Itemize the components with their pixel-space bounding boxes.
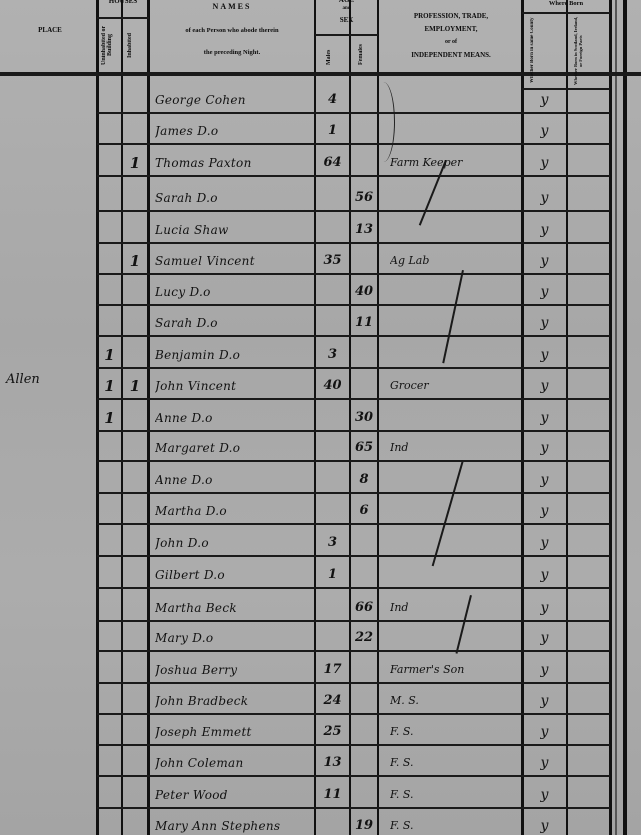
houses-uninhabited-cell	[97, 243, 122, 274]
houses-inhabited-cell	[122, 113, 148, 144]
table-row: 11John Vincent40Grocery	[0, 368, 610, 399]
table-row: 1Samuel Vincent35Ag Laby	[0, 243, 610, 274]
age-female-cell: 30	[350, 400, 378, 431]
born-scotland-cell	[567, 590, 610, 621]
born-same-county-cell: y	[522, 777, 567, 808]
houses-inhabited-cell	[122, 652, 148, 683]
born-same-county-cell: y	[522, 652, 567, 683]
table-row: Anne D.o8y	[0, 462, 610, 493]
houses-uninhabited-cell	[97, 113, 122, 144]
person-name-cell: Lucia Shaw	[155, 212, 313, 243]
age-female-cell	[350, 525, 378, 556]
age-female-cell: 22	[350, 620, 378, 651]
born-scotland-cell	[567, 368, 610, 399]
born-scotland-cell	[567, 113, 610, 144]
person-name-cell: John Vincent	[155, 368, 313, 399]
table-row: Martha Beck66Indy	[0, 590, 610, 621]
header-names-sub2: the preceding Night.	[150, 49, 314, 56]
age-male-cell: 40	[315, 368, 350, 399]
profession-cell	[390, 525, 520, 556]
header-houses-inhabited: Inhabited	[127, 24, 141, 66]
age-male-cell: 24	[315, 683, 350, 714]
table-row: James D.o1y	[0, 113, 610, 144]
born-scotland-cell	[567, 337, 610, 368]
profession-cell	[390, 337, 520, 368]
born-scotland-cell	[567, 274, 610, 305]
born-same-county-cell: y	[522, 400, 567, 431]
table-row: 1Thomas Paxton64Farm Keepery	[0, 145, 610, 176]
person-name-cell: Joshua Berry	[155, 652, 313, 683]
houses-inhabited-cell	[122, 180, 148, 211]
header-age-and: and	[315, 6, 378, 12]
houses-uninhabited-cell	[97, 557, 122, 588]
age-female-cell	[350, 745, 378, 776]
person-name-cell: Mary D.o	[155, 620, 313, 651]
houses-uninhabited-cell: 1	[97, 400, 122, 431]
born-same-county-cell: y	[522, 212, 567, 243]
houses-uninhabited-cell	[97, 212, 122, 243]
age-male-cell: 11	[315, 777, 350, 808]
age-female-cell	[350, 145, 378, 176]
born-scotland-cell	[567, 683, 610, 714]
born-scotland-cell	[567, 557, 610, 588]
age-male-cell	[315, 620, 350, 651]
person-name-cell: Anne D.o	[155, 400, 313, 431]
header-profession-2: EMPLOYMENT,	[380, 26, 522, 34]
profession-cell: F. S.	[390, 777, 520, 808]
age-female-cell	[350, 714, 378, 745]
houses-inhabited-cell	[122, 525, 148, 556]
born-same-county-cell: y	[522, 620, 567, 651]
profession-cell: Ind	[390, 590, 520, 621]
person-name-cell: Benjamin D.o	[155, 337, 313, 368]
houses-uninhabited-cell	[97, 462, 122, 493]
born-same-county-cell: y	[522, 525, 567, 556]
born-scotland-cell	[567, 808, 610, 835]
houses-uninhabited-cell	[97, 683, 122, 714]
table-row: Peter Wood11F. S.y	[0, 777, 610, 808]
profession-cell	[390, 113, 520, 144]
age-male-cell: 1	[315, 557, 350, 588]
table-row: Sarah D.o11y	[0, 305, 610, 336]
person-name-cell: James D.o	[155, 113, 313, 144]
born-same-county-cell: y	[522, 714, 567, 745]
houses-uninhabited-cell: 1	[97, 337, 122, 368]
table-row: Mary Ann Stephens19F. S.y	[0, 808, 610, 835]
houses-uninhabited-cell	[97, 493, 122, 524]
age-female-cell	[350, 777, 378, 808]
table-row: Mary D.o22y	[0, 620, 610, 651]
houses-inhabited-cell	[122, 714, 148, 745]
person-name-cell: Peter Wood	[155, 777, 313, 808]
houses-inhabited-cell	[122, 620, 148, 651]
born-same-county-cell: y	[522, 113, 567, 144]
rule-margin-2	[623, 0, 627, 835]
age-male-cell: 3	[315, 525, 350, 556]
profession-cell	[390, 400, 520, 431]
houses-uninhabited-cell: 1	[97, 368, 122, 399]
header-sex: SEX	[315, 17, 378, 25]
age-male-cell: 17	[315, 652, 350, 683]
age-female-cell	[350, 368, 378, 399]
born-same-county-cell: y	[522, 493, 567, 524]
born-sub-rule	[522, 12, 610, 14]
profession-cell	[390, 180, 520, 211]
age-female-cell	[350, 337, 378, 368]
houses-uninhabited-cell	[97, 430, 122, 461]
born-same-county-cell: y	[522, 368, 567, 399]
born-scotland-cell	[567, 525, 610, 556]
profession-cell: Ind	[390, 430, 520, 461]
person-name-cell: Lucy D.o	[155, 274, 313, 305]
born-scotland-cell	[567, 777, 610, 808]
born-same-county-cell: y	[522, 180, 567, 211]
age-male-cell: 3	[315, 337, 350, 368]
houses-uninhabited-cell	[97, 777, 122, 808]
age-male-cell	[315, 212, 350, 243]
table-row: Margaret D.o65Indy	[0, 430, 610, 461]
houses-uninhabited-cell	[97, 274, 122, 305]
houses-inhabited-cell	[122, 274, 148, 305]
profession-cell	[390, 212, 520, 243]
born-scotland-cell	[567, 462, 610, 493]
person-name-cell: Joseph Emmett	[155, 714, 313, 745]
born-same-county-cell: y	[522, 430, 567, 461]
profession-cell: Ag Lab	[390, 243, 520, 274]
age-male-cell	[315, 305, 350, 336]
born-scotland-cell	[567, 400, 610, 431]
born-same-county-cell: y	[522, 82, 567, 113]
houses-uninhabited-cell	[97, 82, 122, 113]
header-names-sub1: of each Person who abode therein	[150, 27, 314, 34]
header-profession-4: INDEPENDENT MEANS.	[380, 52, 522, 60]
header-houses: HOUSES	[97, 0, 149, 6]
profession-cell: Farm Keeper	[390, 145, 520, 176]
profession-cell: Farmer's Son	[390, 652, 520, 683]
table-row: Joshua Berry17Farmer's Sony	[0, 652, 610, 683]
age-female-cell: 65	[350, 430, 378, 461]
table-row: Gilbert D.o1y	[0, 557, 610, 588]
table-row: Sarah D.o56y	[0, 180, 610, 211]
profession-cell: F. S.	[390, 745, 520, 776]
born-scotland-cell	[567, 82, 610, 113]
born-scotland-cell	[567, 714, 610, 745]
profession-cell: M. S.	[390, 683, 520, 714]
person-name-cell: Anne D.o	[155, 462, 313, 493]
age-male-cell: 25	[315, 714, 350, 745]
profession-cell	[390, 82, 520, 113]
row-rule	[97, 175, 610, 177]
profession-cell: F. S.	[390, 808, 520, 835]
houses-inhabited-cell	[122, 590, 148, 621]
born-same-county-cell: y	[522, 557, 567, 588]
born-scotland-cell	[567, 145, 610, 176]
houses-inhabited-cell	[122, 777, 148, 808]
table-row: 1Anne D.o30y	[0, 400, 610, 431]
houses-inhabited-cell	[122, 683, 148, 714]
houses-uninhabited-cell	[97, 525, 122, 556]
header-houses-uninhabited: Uninhabited or Building	[101, 22, 117, 68]
born-scotland-cell	[567, 430, 610, 461]
header-names: NAMES	[150, 3, 314, 12]
born-scotland-cell	[567, 620, 610, 651]
person-name-cell: Thomas Paxton	[155, 145, 313, 176]
houses-inhabited-cell	[122, 808, 148, 835]
age-female-cell: 40	[350, 274, 378, 305]
age-male-cell: 64	[315, 145, 350, 176]
born-same-county-cell: y	[522, 745, 567, 776]
profession-cell	[390, 274, 520, 305]
table-row: John Coleman13F. S.y	[0, 745, 610, 776]
age-female-cell: 56	[350, 180, 378, 211]
born-scotland-cell	[567, 212, 610, 243]
houses-uninhabited-cell	[97, 745, 122, 776]
born-same-county-cell: y	[522, 274, 567, 305]
age-female-cell: 8	[350, 462, 378, 493]
houses-inhabited-cell	[122, 745, 148, 776]
houses-inhabited-cell	[122, 430, 148, 461]
person-name-cell: John D.o	[155, 525, 313, 556]
born-scotland-cell	[567, 243, 610, 274]
profession-cell	[390, 493, 520, 524]
header-profession-1: PROFESSION, TRADE,	[380, 13, 522, 21]
houses-uninhabited-cell	[97, 305, 122, 336]
rule-margin-1	[615, 0, 617, 835]
houses-uninhabited-cell	[97, 652, 122, 683]
age-female-cell: 6	[350, 493, 378, 524]
born-same-county-cell: y	[522, 683, 567, 714]
profession-cell	[390, 557, 520, 588]
houses-inhabited-cell	[122, 305, 148, 336]
table-row: Joseph Emmett25F. S.y	[0, 714, 610, 745]
header-where-born: Where Born	[522, 0, 610, 7]
age-male-cell	[315, 808, 350, 835]
age-male-cell	[315, 180, 350, 211]
profession-cell: Grocer	[390, 368, 520, 399]
houses-inhabited-cell	[122, 337, 148, 368]
houses-inhabited-cell: 1	[122, 145, 148, 176]
age-male-cell	[315, 493, 350, 524]
age-male-cell	[315, 430, 350, 461]
age-male-cell	[315, 400, 350, 431]
profession-cell	[390, 305, 520, 336]
header-males: Males	[326, 46, 338, 68]
houses-inhabited-cell	[122, 557, 148, 588]
age-male-cell: 4	[315, 82, 350, 113]
age-male-cell: 35	[315, 243, 350, 274]
table-row: Martha D.o6y	[0, 493, 610, 524]
profession-cell	[390, 462, 520, 493]
born-same-county-cell: y	[522, 808, 567, 835]
houses-inhabited-cell	[122, 82, 148, 113]
houses-inhabited-cell: 1	[122, 243, 148, 274]
header-place: PLACE	[20, 27, 80, 35]
born-same-county-cell: y	[522, 145, 567, 176]
table-row: George Cohen4y	[0, 82, 610, 113]
person-name-cell: John Coleman	[155, 745, 313, 776]
person-name-cell: Gilbert D.o	[155, 557, 313, 588]
houses-inhabited-cell	[122, 462, 148, 493]
table-row: Lucia Shaw13y	[0, 212, 610, 243]
person-name-cell: Martha D.o	[155, 493, 313, 524]
born-scotland-cell	[567, 305, 610, 336]
age-female-cell	[350, 82, 378, 113]
houses-inhabited-cell	[122, 212, 148, 243]
age-male-cell: 1	[315, 113, 350, 144]
table-row: John Bradbeck24M. S.y	[0, 683, 610, 714]
census-page: PLACE HOUSES Uninhabited or Building Inh…	[0, 0, 641, 835]
born-same-county-cell: y	[522, 590, 567, 621]
houses-uninhabited-cell	[97, 620, 122, 651]
houses-inhabited-cell	[122, 400, 148, 431]
houses-uninhabited-cell	[97, 590, 122, 621]
table-row: John D.o3y	[0, 525, 610, 556]
age-female-cell: 11	[350, 305, 378, 336]
person-name-cell: John Bradbeck	[155, 683, 313, 714]
houses-uninhabited-cell	[97, 145, 122, 176]
person-name-cell: Samuel Vincent	[155, 243, 313, 274]
header-age: AGE	[315, 0, 378, 5]
table-row: Lucy D.o40y	[0, 274, 610, 305]
born-same-county-cell: y	[522, 243, 567, 274]
age-female-cell	[350, 557, 378, 588]
row-rule	[97, 587, 610, 589]
header-females: Females	[358, 40, 370, 70]
header-profession-3: or of	[380, 39, 522, 46]
table-row: 1Benjamin D.o3y	[0, 337, 610, 368]
person-name-cell: Sarah D.o	[155, 180, 313, 211]
age-sub-rule	[315, 34, 378, 36]
person-name-cell: George Cohen	[155, 82, 313, 113]
person-name-cell: Margaret D.o	[155, 430, 313, 461]
age-male-cell	[315, 274, 350, 305]
age-female-cell: 13	[350, 212, 378, 243]
age-female-cell: 19	[350, 808, 378, 835]
born-same-county-cell: y	[522, 305, 567, 336]
header-born-county: Whether Born in same County	[530, 16, 558, 84]
houses-uninhabited-cell	[97, 180, 122, 211]
born-scotland-cell	[567, 745, 610, 776]
age-male-cell	[315, 590, 350, 621]
age-male-cell: 13	[315, 745, 350, 776]
person-name-cell: Martha Beck	[155, 590, 313, 621]
age-female-cell: 66	[350, 590, 378, 621]
born-scotland-cell	[567, 652, 610, 683]
houses-uninhabited-cell	[97, 714, 122, 745]
person-name-cell: Sarah D.o	[155, 305, 313, 336]
born-same-county-cell: y	[522, 462, 567, 493]
age-female-cell	[350, 683, 378, 714]
houses-uninhabited-cell	[97, 808, 122, 835]
profession-cell	[390, 620, 520, 651]
person-name-cell: Mary Ann Stephens	[155, 808, 313, 835]
age-male-cell	[315, 462, 350, 493]
age-female-cell	[350, 113, 378, 144]
born-scotland-cell	[567, 493, 610, 524]
header-born-scotland: Whether Born in Scotland, Ireland, or Fo…	[573, 16, 605, 86]
houses-inhabited-cell: 1	[122, 368, 148, 399]
born-same-county-cell: y	[522, 337, 567, 368]
houses-inhabited-cell	[122, 493, 148, 524]
profession-cell: F. S.	[390, 714, 520, 745]
age-female-cell	[350, 243, 378, 274]
houses-sub-rule	[97, 17, 149, 19]
age-female-cell	[350, 652, 378, 683]
born-scotland-cell	[567, 180, 610, 211]
